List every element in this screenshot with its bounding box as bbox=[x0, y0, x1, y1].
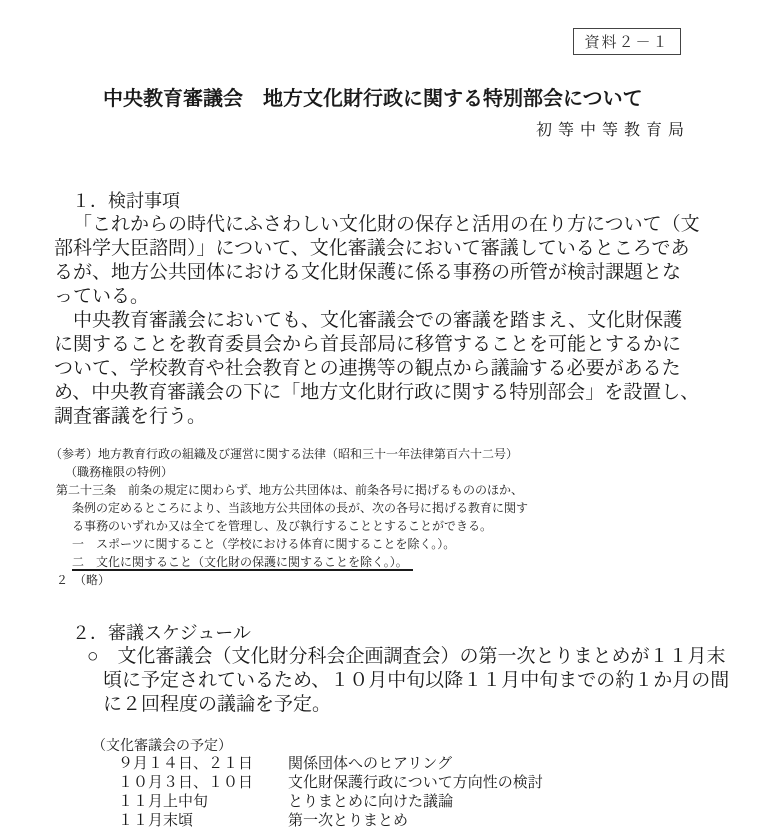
schedule-item: 関係団体へのヒアリング bbox=[288, 754, 768, 773]
text-line: め、中央教育審議会の下に「地方文化財行政に関する特別部会」を設置し、 bbox=[0, 381, 768, 405]
schedule-date: １０月３日、１０日 bbox=[118, 773, 288, 792]
text-line: るが、地方公共団体における文化財保護に係る事務の所管が検討課題とな bbox=[0, 261, 768, 285]
reference-line: （参考）地方教育行政の組織及び運営に関する法律（昭和三十一年法律第百六十二号） bbox=[0, 445, 768, 463]
section-2-heading: ２．審議スケジュール bbox=[0, 621, 768, 645]
text-line: ついて、学校教育や社会教育との連携等の観点から議論する必要があるた bbox=[0, 357, 768, 381]
schedule-row: １０月３日、１０日文化財保護行政について方向性の検討 bbox=[0, 773, 768, 792]
doc-label-box: 資料２－１ bbox=[573, 28, 681, 55]
bullet-line: に２回程度の議論を予定。 bbox=[0, 693, 768, 717]
text-line: 中央教育審議会においても、文化審議会での審議を踏まえ、文化財保護 bbox=[0, 309, 768, 333]
page-title: 中央教育審議会 地方文化財行政に関する特別部会について bbox=[103, 86, 768, 112]
schedule-heading: （文化審議会の予定） bbox=[0, 737, 768, 754]
schedule-row: １１月末頃第一次とりまとめ bbox=[0, 811, 768, 830]
reference-line: る事務のいずれか又は全てを管理し、及び執行することとすることができる。 bbox=[0, 517, 768, 535]
text-line: 「これからの時代にふさわしい文化財の保存と活用の在り方について（文 bbox=[0, 213, 768, 237]
schedule-item: とりまとめに向けた議論 bbox=[288, 792, 768, 811]
section-2-bullet: ○ 文化審議会（文化財分科会企画調査会）の第一次とりまとめが１１月末頃に予定され… bbox=[0, 645, 768, 717]
schedule-block: （文化審議会の予定） ９月１４日、２１日関係団体へのヒアリング１０月３日、１０日… bbox=[0, 737, 768, 830]
reference-line: ２ （略） bbox=[0, 571, 768, 589]
section-1-heading: １．検討事項 bbox=[0, 189, 768, 213]
bullet-line: ○ 文化審議会（文化財分科会企画調査会）の第一次とりまとめが１１月末 bbox=[0, 645, 768, 669]
reference-line: 第二十三条 前条の規定に関わらず、地方公共団体は、前条各号に掲げるもののほか、 bbox=[0, 481, 768, 499]
text-line: 部科学大臣諮問）」について、文化審議会において審議しているところであ bbox=[0, 237, 768, 261]
doc-label-text: 資料２－１ bbox=[584, 31, 669, 52]
schedule-row: １１月上中旬とりまとめに向けた議論 bbox=[0, 792, 768, 811]
schedule-row: ９月１４日、２１日関係団体へのヒアリング bbox=[0, 754, 768, 773]
schedule-item: 文化財保護行政について方向性の検討 bbox=[288, 773, 768, 792]
text-line: に関することを教育委員会から首長部局に移管することを可能とするかに bbox=[0, 333, 768, 357]
reference-line: 一 スポーツに関すること（学校における体育に関することを除く。）。 bbox=[0, 535, 768, 553]
schedule-date: １１月上中旬 bbox=[118, 792, 288, 811]
bullet-line: 頃に予定されているため、１０月中旬以降１１月中旬までの約１か月の間 bbox=[0, 669, 768, 693]
schedule-item: 第一次とりまとめ bbox=[288, 811, 768, 830]
bureau-name: 初等中等教育局 bbox=[0, 120, 690, 142]
reference-line: 二 文化に関すること（文化財の保護に関することを除く。）。 bbox=[0, 553, 768, 571]
text-line: 調査審議を行う。 bbox=[0, 405, 768, 429]
document-page: 資料２－１ 中央教育審議会 地方文化財行政に関する特別部会について 初等中等教育… bbox=[0, 0, 768, 831]
schedule-date: １１月末頃 bbox=[118, 811, 288, 830]
schedule-table: ９月１４日、２１日関係団体へのヒアリング１０月３日、１０日文化財保護行政について… bbox=[0, 754, 768, 830]
reference-line: 条例の定めるところにより、当該地方公共団体の長が、次の各号に掲げる教育に関す bbox=[0, 499, 768, 517]
text-line: っている。 bbox=[0, 285, 768, 309]
reference-block: （参考）地方教育行政の組織及び運営に関する法律（昭和三十一年法律第百六十二号）（… bbox=[0, 445, 768, 589]
schedule-date: ９月１４日、２１日 bbox=[118, 754, 288, 773]
section-1-body: 「これからの時代にふさわしい文化財の保存と活用の在り方について（文部科学大臣諮問… bbox=[0, 213, 768, 429]
reference-line: （職務権限の特例） bbox=[0, 463, 768, 481]
underlined-clause: 二 文化に関すること（文化財の保護に関することを除く。）。 bbox=[72, 555, 413, 571]
